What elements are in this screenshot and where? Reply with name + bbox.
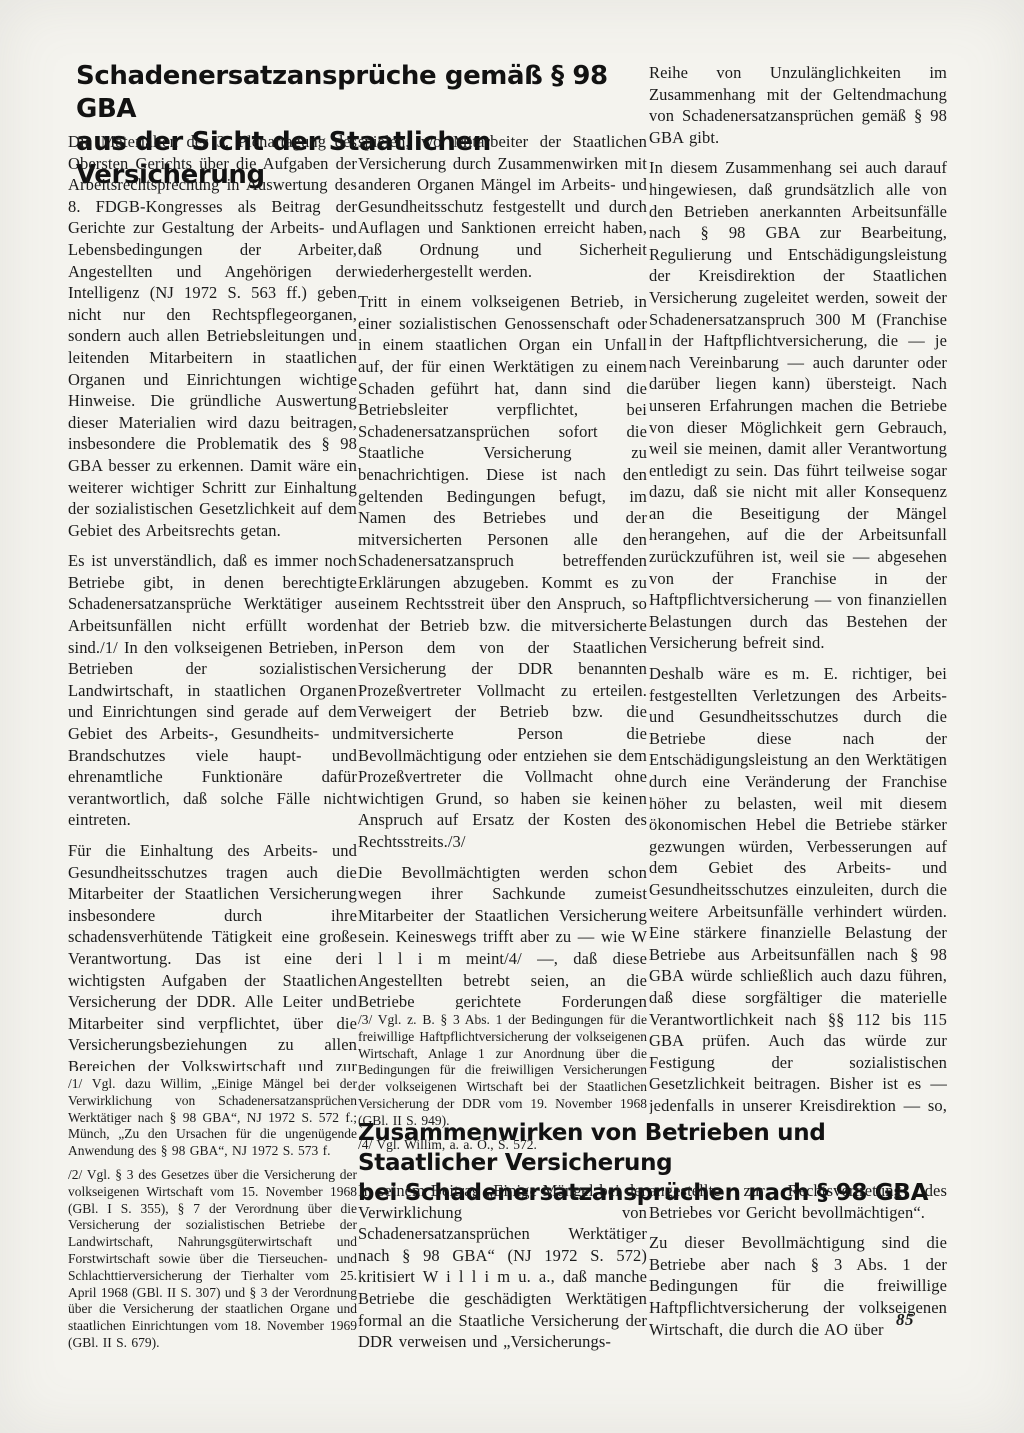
article1-col2-paragraph-1: spielen, wo Mitarbeiter der Staatlichen … <box>358 131 647 282</box>
article2-right-paragraph-1: angestellte zur Rechtsvertretung des Bet… <box>649 1180 947 1223</box>
footnote-1: /1/ Vgl. dazu Willim, „Einige Mängel bei… <box>68 1076 357 1160</box>
article1-col1-paragraph-1: Die Materialien der 3. Plenartagung des … <box>68 131 357 541</box>
article1-col1-paragraph-2: Es ist unverständlich, daß es immer noch… <box>68 550 357 831</box>
article1-title-line1: Schadenersatzansprüche gemäß § 98 GBA <box>76 60 651 126</box>
article1-col1-paragraph-3: Für die Einhaltung des Arbeits- und Gesu… <box>68 840 357 1071</box>
article2-column-left: In seinem Beitrag „Einige Mängel bei der… <box>358 1180 647 1370</box>
article2-column-right: angestellte zur Rechtsvertretung des Bet… <box>649 1180 947 1370</box>
article1-col2-paragraph-3: Die Bevollmächtigten werden schon wegen … <box>358 862 647 1009</box>
article1-col3-paragraph-3: Deshalb wäre es m. E. richtiger, bei fes… <box>649 663 947 1114</box>
article1-col3-paragraph-1: Reihe von Unzulänglichkeiten im Zusammen… <box>649 62 947 148</box>
article1-footnotes-column-1: /1/ Vgl. dazu Willim, „Einige Mängel bei… <box>68 1076 357 1359</box>
article1-col3-paragraph-2: In diesem Zusammenhang sei auch darauf h… <box>649 157 947 654</box>
article1-column-1: Die Materialien der 3. Plenartagung des … <box>68 131 357 1071</box>
footnote-3: /3/ Vgl. z. B. § 3 Abs. 1 der Bedingunge… <box>358 1012 647 1130</box>
article1-column-2: spielen, wo Mitarbeiter der Staatlichen … <box>358 131 647 1009</box>
journal-page: Schadenersatzansprüche gemäß § 98 GBA au… <box>0 0 1024 1433</box>
footnote-2: /2/ Vgl. § 3 des Gesetzes über die Versi… <box>68 1167 357 1352</box>
article1-column-3: Reihe von Unzulänglichkeiten im Zusammen… <box>649 62 947 1114</box>
article2-left-paragraph-1: In seinem Beitrag „Einige Mängel bei der… <box>358 1180 647 1353</box>
article2-title-line1: Zusammenwirken von Betrieben und Staatli… <box>358 1118 966 1178</box>
article1-col2-paragraph-2: Tritt in einem volkseigenen Betrieb, in … <box>358 291 647 852</box>
page-number: 85 <box>896 1310 914 1330</box>
